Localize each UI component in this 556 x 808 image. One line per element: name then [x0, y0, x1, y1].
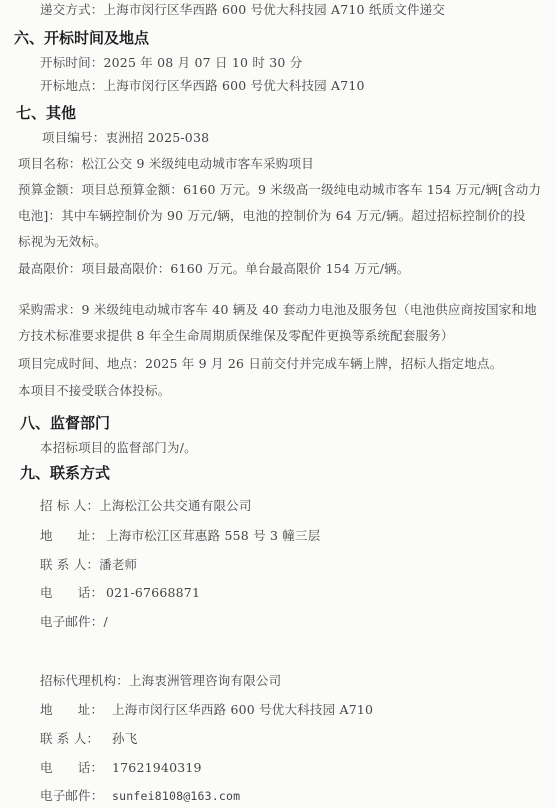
tenderer-contact-row: 联 系 人：潘老师 — [40, 557, 137, 573]
agency-contact: 孙飞 — [112, 731, 137, 746]
agency-phone-label: 电 话： — [40, 760, 112, 776]
tenderer-address: 上海市松江区茸惠路 558 号 3 幢三层 — [106, 528, 320, 543]
agency-address-row: 地 址：上海市闵行区华西路 600 号优大科技园 A710 — [40, 702, 373, 718]
agency-name: 上海衷洲管理咨询有限公司 — [129, 673, 281, 688]
tenderer-name-row: 招 标 人：上海松江公共交通有限公司 — [40, 498, 252, 514]
tenderer-phone: 021-67668871 — [106, 585, 200, 600]
tenderer-name-label: 招 标 人： — [40, 498, 99, 513]
tenderer-address-row: 地 址：上海市松江区茸惠路 558 号 3 幢三层 — [40, 528, 320, 544]
tenderer-contact-label: 联 系 人： — [40, 557, 99, 572]
supervision-dept: 本招标项目的监督部门为/。 — [40, 440, 197, 456]
agency-address: 上海市闵行区华西路 600 号优大科技园 A710 — [112, 702, 373, 717]
budget-line-1: 预算金额：项目总预算金额：6160 万元。9 米级高一级纯电动城市客车 154 … — [18, 182, 541, 198]
project-number: 项目编号：衷洲招 2025-038 — [42, 130, 209, 146]
agency-phone-row: 电 话：17621940319 — [40, 760, 202, 776]
consortium-note: 本项目不接受联合体投标。 — [18, 383, 170, 399]
project-name: 项目名称：松江公交 9 米级纯电动城市客车采购项目 — [18, 156, 314, 172]
submission-method: 递交方式：上海市闵行区华西路 600 号优大科技园 A710 纸质文件递交 — [40, 2, 445, 18]
tenderer-phone-label: 电 话： — [40, 585, 106, 601]
agency-address-label: 地 址： — [40, 702, 112, 718]
max-price: 最高限价：项目最高限价：6160 万元。单台最高限价 154 万元/辆。 — [18, 261, 410, 277]
agency-name-row: 招标代理机构：上海衷洲管理咨询有限公司 — [40, 673, 281, 689]
agency-contact-row: 联 系 人：孙飞 — [40, 731, 137, 747]
agency-email-row: 电子邮件：sunfei8108@163.com — [40, 788, 240, 804]
opening-time: 开标时间：2025 年 08 月 07 日 10 时 30 分 — [40, 55, 302, 71]
agency-name-label: 招标代理机构： — [40, 673, 129, 688]
agency-phone: 17621940319 — [112, 760, 202, 775]
demand-line-1: 采购需求：9 米级纯电动城市客车 40 辆及 40 套动力电池及服务包（电池供应… — [18, 302, 537, 318]
tenderer-email: / — [104, 614, 108, 629]
agency-contact-label: 联 系 人： — [40, 731, 112, 747]
tenderer-email-label: 电子邮件： — [40, 614, 104, 629]
tenderer-phone-row: 电 话：021-67668871 — [40, 585, 200, 601]
section-7-heading: 七、其他 — [16, 104, 76, 122]
tenderer-name: 上海松江公共交通有限公司 — [99, 498, 251, 513]
tenderer-email-row: 电子邮件：/ — [40, 614, 108, 630]
section-6-heading: 六、开标时间及地点 — [14, 29, 149, 47]
tenderer-contact: 潘老师 — [99, 557, 137, 572]
agency-email[interactable]: sunfei8108@163.com — [112, 789, 240, 803]
demand-line-2: 方技术标准要求提供 8 年全生命周期质保维保及零配件更换等系统配套服务） — [18, 328, 454, 344]
budget-line-3: 标视为无效标。 — [18, 234, 107, 250]
completion-time-place: 项目完成时间、地点：2025 年 9 月 26 日前交付并完成车辆上牌，招标人指… — [18, 356, 502, 372]
opening-place: 开标地点：上海市闵行区华西路 600 号优大科技园 A710 — [40, 78, 365, 94]
tenderer-address-label: 地 址： — [40, 528, 106, 544]
section-9-heading: 九、联系方式 — [20, 464, 110, 482]
section-8-heading: 八、监督部门 — [20, 414, 110, 432]
budget-line-2: 电池]：其中车辆控制价为 90 万元/辆，电池的控制价为 64 万元/辆。超过招… — [18, 208, 526, 224]
agency-email-label: 电子邮件： — [40, 788, 112, 804]
